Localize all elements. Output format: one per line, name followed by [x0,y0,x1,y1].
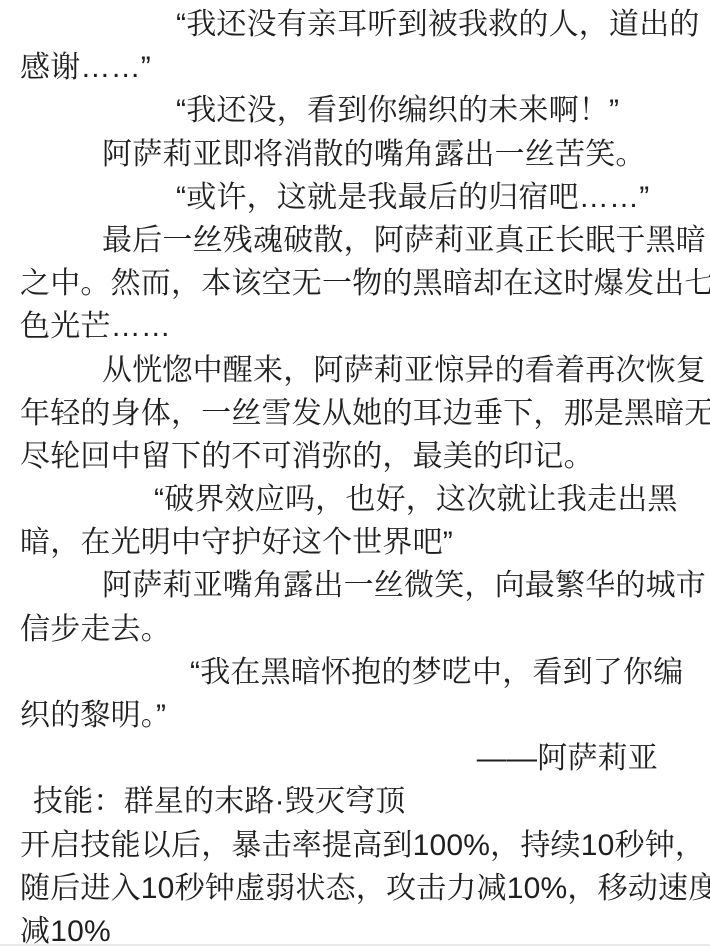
story-line: 之中。然而，本该空无一物的黑暗却在这时爆发出七 [20,262,696,305]
story-line: “我还没有亲耳听到被我救的人，道出的 [20,3,696,46]
story-line: “我还没，看到你编织的未来啊！” [20,89,696,132]
story-line: “或许，这就是我最后的归宿吧……” [20,176,696,219]
story-line: 信步走去。 [20,608,696,651]
story-line: “我在黑暗怀抱的梦呓中，看到了你编 [20,651,696,694]
skill-desc-line: 随后进入10秒钟虚弱状态，攻击力减10%，移动速度 [20,867,696,910]
story-line: 感谢……” [20,46,696,89]
novel-text-page: “我还没有亲耳听到被我救的人，道出的 感谢……” “我还没，看到你编织的未来啊！… [0,0,710,948]
story-line: 从恍惚中醒来，阿萨莉亚惊异的看着再次恢复 [20,349,696,392]
story-line: 阿萨莉亚嘴角露出一丝微笑，向最繁华的城市 [20,564,696,607]
skill-desc-line: 开启技能以后，暴击率提高到100%，持续10秒钟， [20,824,696,867]
story-line: 色光芒…… [20,305,696,348]
story-line: 织的黎明。” [20,694,696,737]
skill-desc-line: 减10% [20,910,696,948]
skill-title-line: 技能：群星的末路·毁灭穹顶 [20,780,696,823]
story-line: 暗，在光明中守护好这个世界吧” [20,521,696,564]
story-line: 阿萨莉亚即将消散的嘴角露出一丝苦笑。 [20,133,696,176]
story-line: 年轻的身体，一丝雪发从她的耳边垂下，那是黑暗无 [20,392,696,435]
bottom-divider [0,944,710,946]
story-line: 尽轮回中留下的不可消弥的，最美的印记。 [20,435,696,478]
attribution-line: ——阿萨莉亚 [20,737,696,780]
story-line: 最后一丝残魂破散，阿萨莉亚真正长眠于黑暗 [20,219,696,262]
story-line: “破界效应吗，也好，这次就让我走出黑 [20,478,696,521]
